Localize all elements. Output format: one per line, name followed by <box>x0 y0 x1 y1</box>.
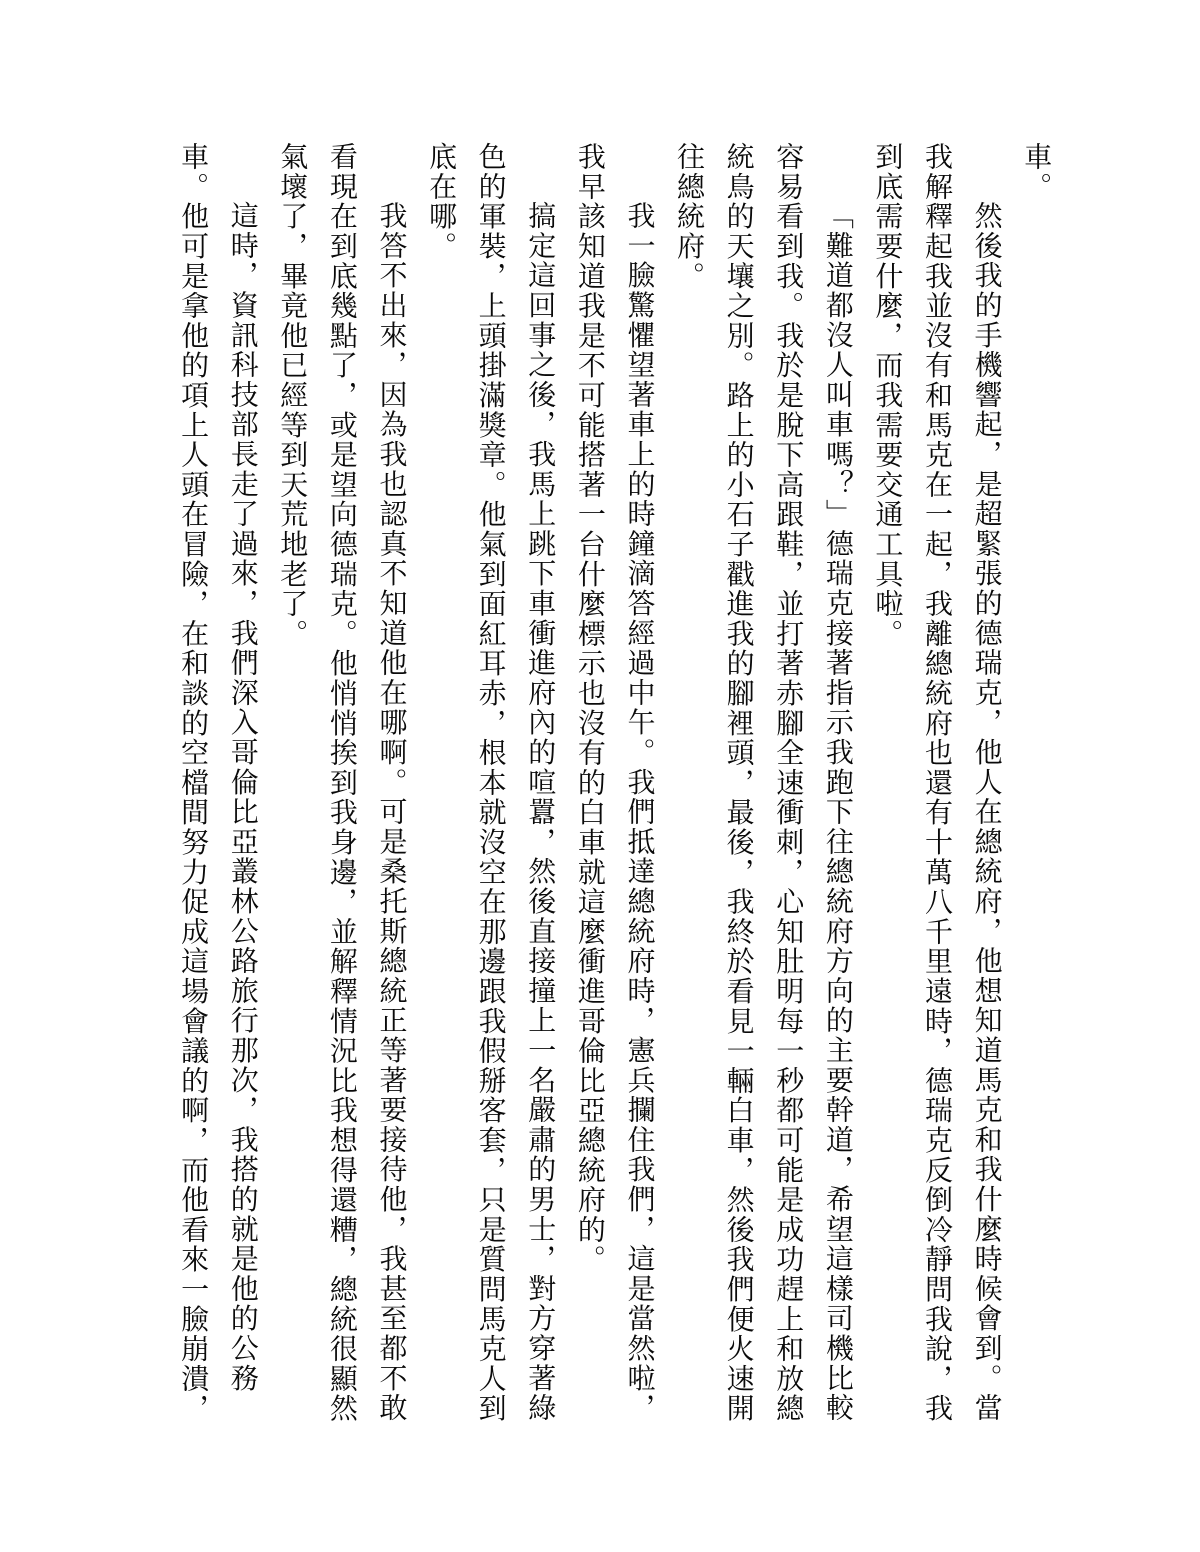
text-column: 統鳥的天壤之別。路上的小石子戳進我的腳裡頭，最後，我終於看見一輛白車，然後我們便… <box>723 142 753 1427</box>
text-column: 氣壞了，畢竟他已經等到天荒地老了。 <box>276 142 306 1427</box>
text-column: 底在哪。 <box>425 142 455 1427</box>
text-column: 我解釋起我並沒有和馬克在一起，我離總統府也還有十萬八千里遠時，德瑞克反倒冷靜問我… <box>921 142 951 1427</box>
text-column: 這時，資訊科技部長走了過來，我們深入哥倫比亞叢林公路旅行那次，我搭的就是他的公務 <box>227 142 257 1427</box>
book-page: 車。然後我的手機響起，是超緊張的德瑞克，他人在總統府，他想知道馬克和我什麼時候會… <box>0 0 1200 1552</box>
text-column: 看現在到底幾點了，或是望向德瑞克。他悄悄挨到我身邊，並解釋情況比我想得還糟，總統… <box>326 142 356 1427</box>
text-column: 往總統府。 <box>673 142 703 1427</box>
text-column: 我早該知道我是不可能搭著一台什麼標示也沒有的白車就這麼衝進哥倫比亞總統府的。 <box>574 142 604 1427</box>
text-column: 色的軍裝，上頭掛滿獎章。他氣到面紅耳赤，根本就沒空在那邊跟我假掰客套，只是質問馬… <box>475 142 505 1427</box>
text-column: 車。 <box>1020 142 1050 1427</box>
text-column: 搞定這回事之後，我馬上跳下車衝進府內的喧囂，然後直接撞上一名嚴肅的男士，對方穿著… <box>524 142 554 1427</box>
text-column: 「難道都沒人叫車嗎？」德瑞克接著指示我跑下往總統府方向的主要幹道，希望這樣司機比… <box>822 142 852 1427</box>
text-column: 到底需要什麼，而我需要交通工具啦。 <box>871 142 901 1427</box>
text-column: 我一臉驚懼望著車上的時鐘滴答經過中午。我們抵達總統府時，憲兵攔住我們，這是當然啦… <box>623 142 653 1427</box>
text-column: 容易看到我。我於是脫下高跟鞋，並打著赤腳全速衝刺，心知肚明每一秒都可能是成功趕上… <box>772 142 802 1427</box>
text-column: 車。他可是拿他的項上人頭在冒險，在和談的空檔間努力促成這場會議的啊，而他看來一臉… <box>177 142 207 1427</box>
text-column: 我答不出來，因為我也認真不知道他在哪啊。可是桑托斯總統正等著要接待他，我甚至都不… <box>375 142 405 1427</box>
vertical-text-block: 車。然後我的手機響起，是超緊張的德瑞克，他人在總統府，他想知道馬克和我什麼時候會… <box>167 142 1060 1427</box>
text-column: 然後我的手機響起，是超緊張的德瑞克，他人在總統府，他想知道馬克和我什麼時候會到。… <box>971 142 1001 1427</box>
